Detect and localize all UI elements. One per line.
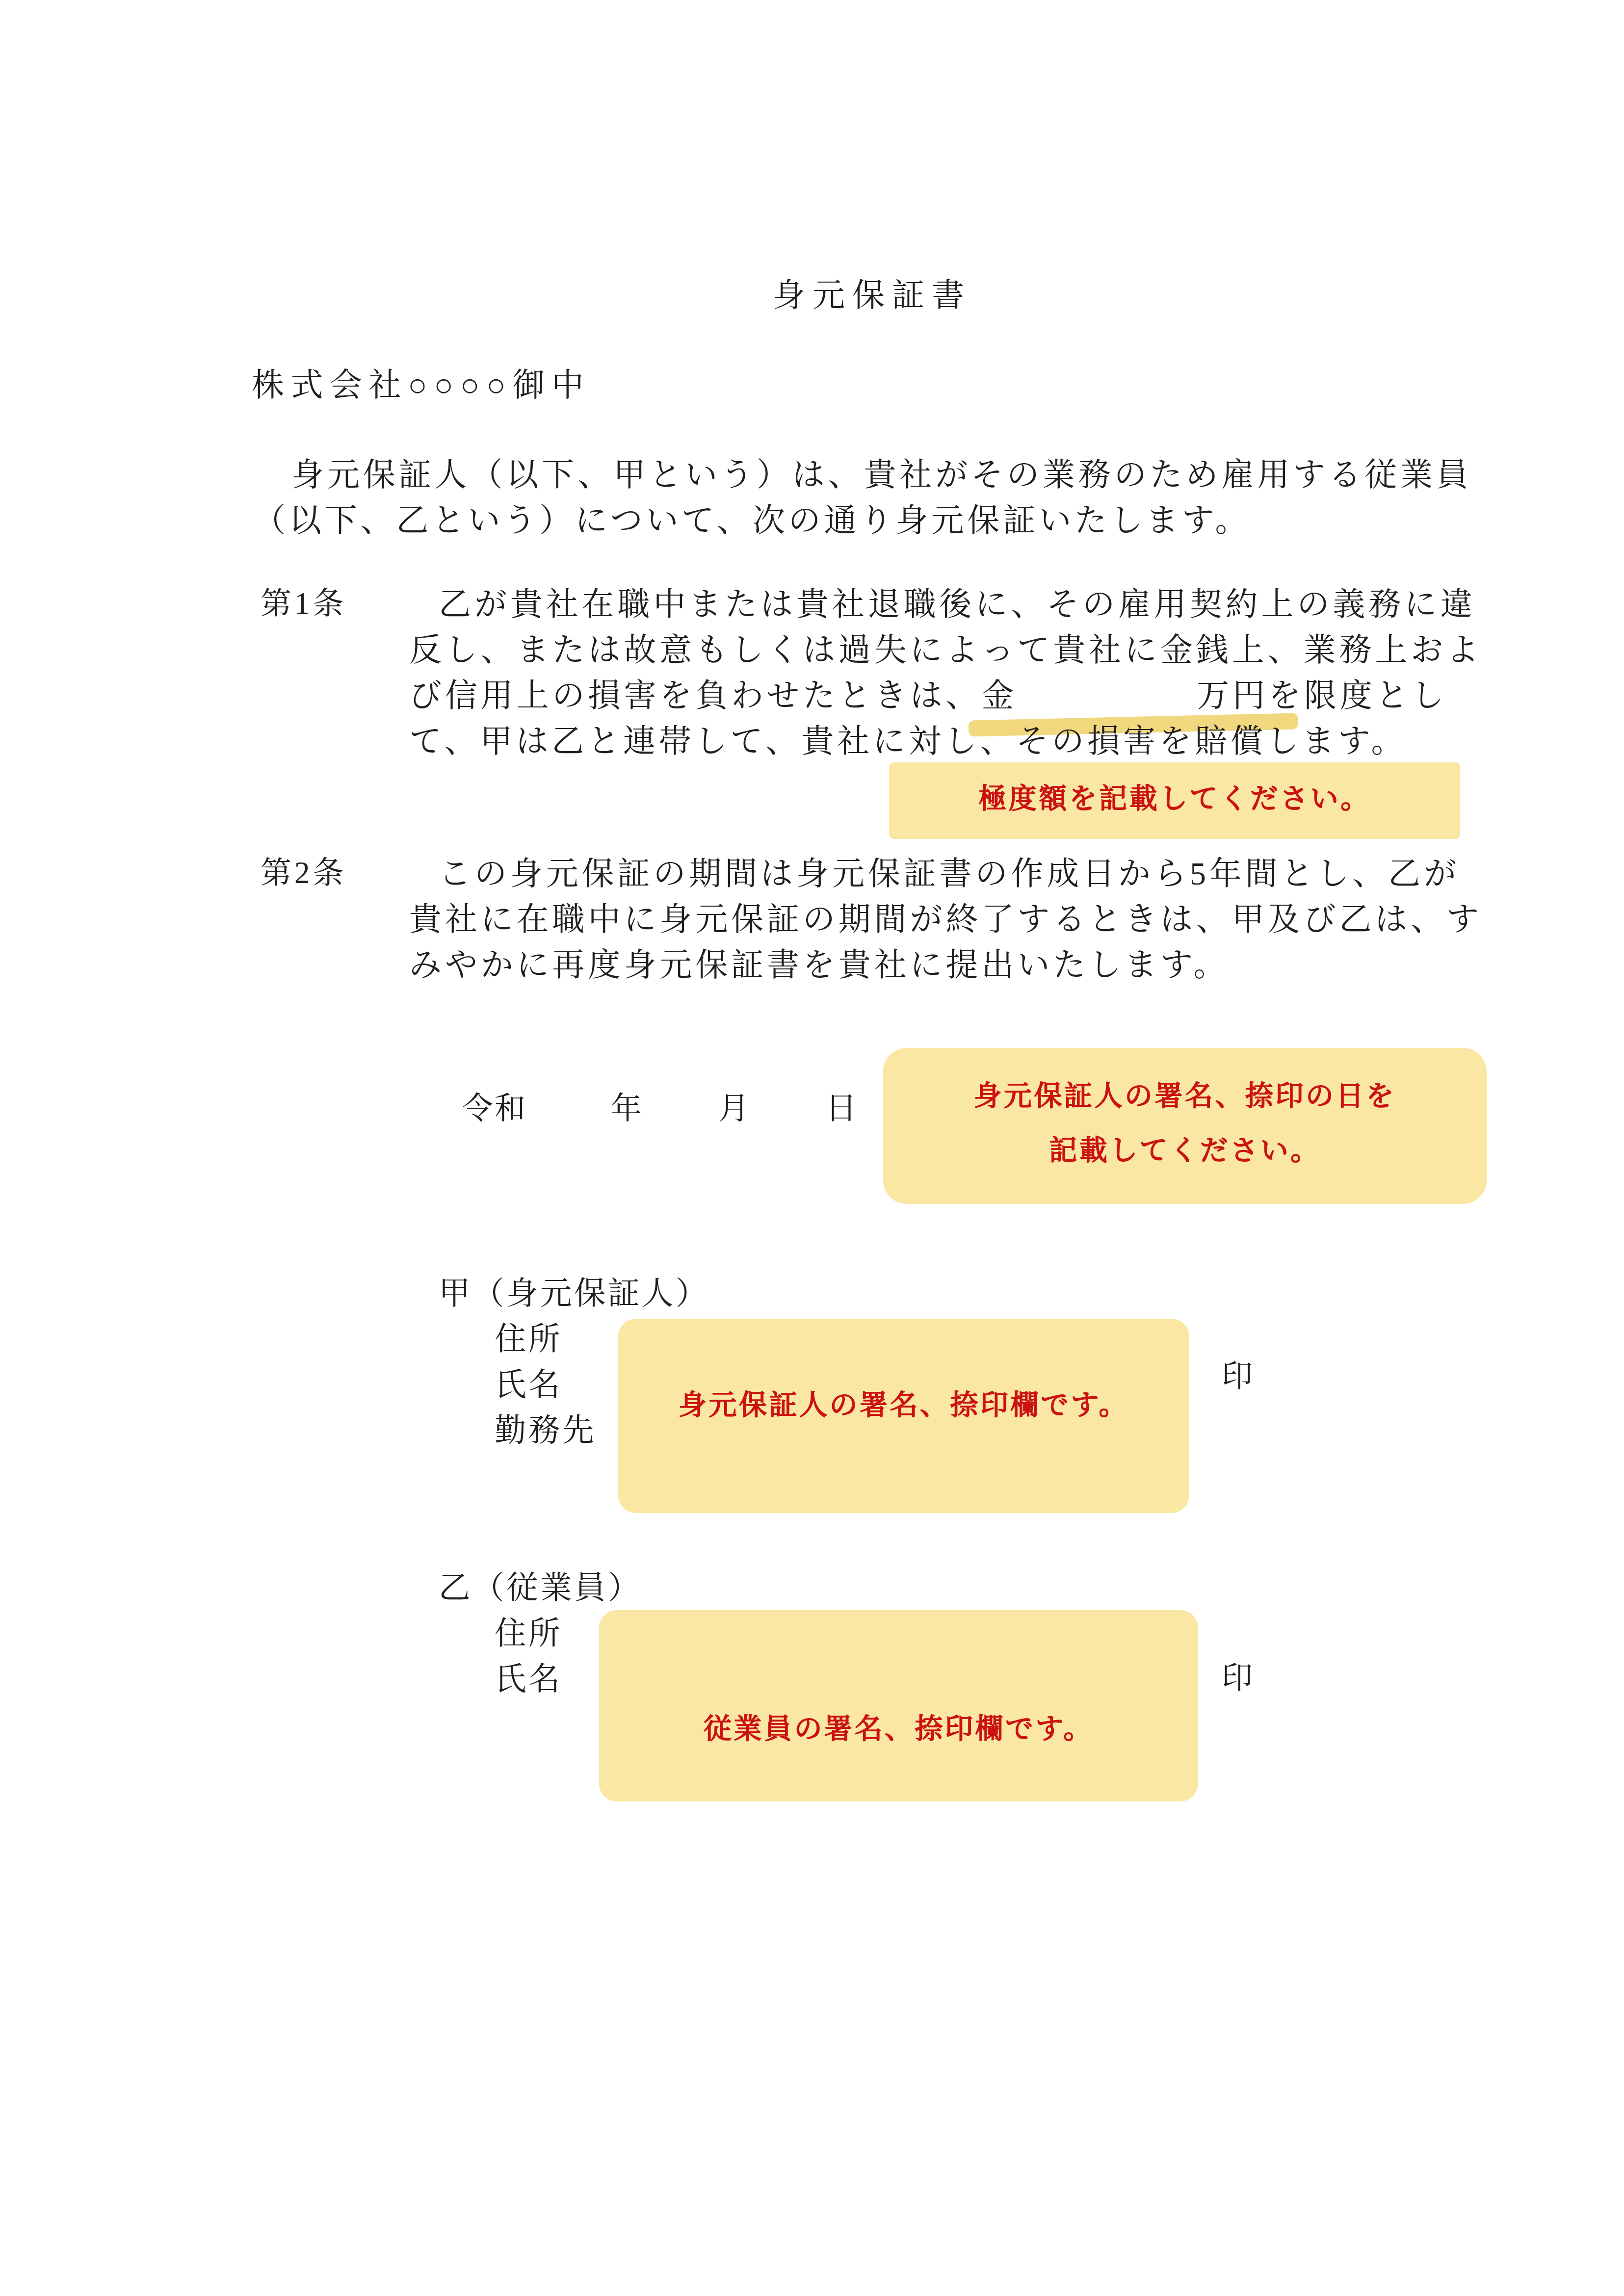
recipient-line: 株式会社○○○○御中 xyxy=(252,368,590,403)
note-date-text-line2: 記載してください。 xyxy=(1049,1138,1321,1169)
party-b-seal-mark: 印 xyxy=(1222,1662,1253,1695)
party-a-address-label: 住所 xyxy=(495,1323,562,1357)
article2-line-3: みやかに再度身元保証書を貴社に提出いたします。 xyxy=(409,948,1229,983)
document-page: 身元保証書 株式会社○○○○御中 身元保証人（以下、甲という）は、貴社がその業務… xyxy=(0,0,1624,2296)
note-box-signing-date: 身元保証人の署名、捺印の日を 記載してください。 xyxy=(883,1048,1487,1204)
date-year-label: 年 xyxy=(611,1092,643,1125)
note-box-employee-signature: 従業員の署名、捺印欄です。 xyxy=(599,1610,1198,1801)
article1-line3-after-blank: 万円を限度とし xyxy=(1197,678,1447,713)
date-era-label: 令和 xyxy=(462,1092,527,1125)
note-date-text-line1: 身元保証人の署名、捺印の日を xyxy=(973,1083,1396,1114)
scan-viewport: 身元保証書 株式会社○○○○御中 身元保証人（以下、甲という）は、貴社がその業務… xyxy=(0,0,1624,2296)
date-month-label: 月 xyxy=(718,1092,751,1125)
article1-line-4: て、甲は乙と連帯して、貴社に対し、その損害を賠償します。 xyxy=(409,724,1407,759)
article1-line-3: び信用上の損害を負わせたときは、金万円を限度とし xyxy=(409,678,1447,713)
note-box-limit-amount: 極度額を記載してください。 xyxy=(889,762,1460,839)
party-a-seal-mark: 印 xyxy=(1222,1360,1253,1393)
article1-label: 第1条 xyxy=(261,587,347,621)
party-a-title: 甲（身元保証人） xyxy=(439,1278,709,1312)
article2-line-2: 貴社に在職中に身元保証の期間が終了するときは、甲及び乙は、す xyxy=(409,902,1482,937)
note-box-guarantor-signature: 身元保証人の署名、捺印欄です。 xyxy=(618,1319,1189,1513)
article1-line3-before-blank: び信用上の損害を負わせたときは、金 xyxy=(409,678,1017,713)
party-b-name-label: 氏名 xyxy=(495,1663,562,1697)
date-day-label: 日 xyxy=(826,1092,858,1125)
party-b-title: 乙（従業員） xyxy=(439,1572,642,1606)
party-a-workplace-label: 勤務先 xyxy=(495,1414,596,1449)
article1-line-1: 乙が貴社在職中または貴社退職後に、その雇用契約上の義務に違 xyxy=(439,587,1476,622)
party-a-name-label: 氏名 xyxy=(495,1369,562,1403)
document-title: 身元保証書 xyxy=(773,278,971,313)
intro-line-2: （以下、乙という）について、次の通り身元保証いたします。 xyxy=(253,503,1251,538)
note-guarantor-text: 身元保証人の署名、捺印欄です。 xyxy=(679,1392,1129,1423)
article2-label: 第2条 xyxy=(261,857,347,890)
intro-line-1: 身元保証人（以下、甲という）は、貴社がその業務のため雇用する従業員 xyxy=(291,458,1472,493)
article1-line-2: 反し、または故意もしくは過失によって貴社に金銭上、業務上およ xyxy=(409,633,1482,668)
note-limit-text: 極度額を記載してください。 xyxy=(978,785,1371,816)
party-b-address-label: 住所 xyxy=(495,1618,562,1652)
article2-line-1: この身元保証の期間は身元保証書の作成日から5年間とし、乙が xyxy=(439,857,1460,891)
note-employee-text: 従業員の署名、捺印欄です。 xyxy=(704,1716,1094,1747)
